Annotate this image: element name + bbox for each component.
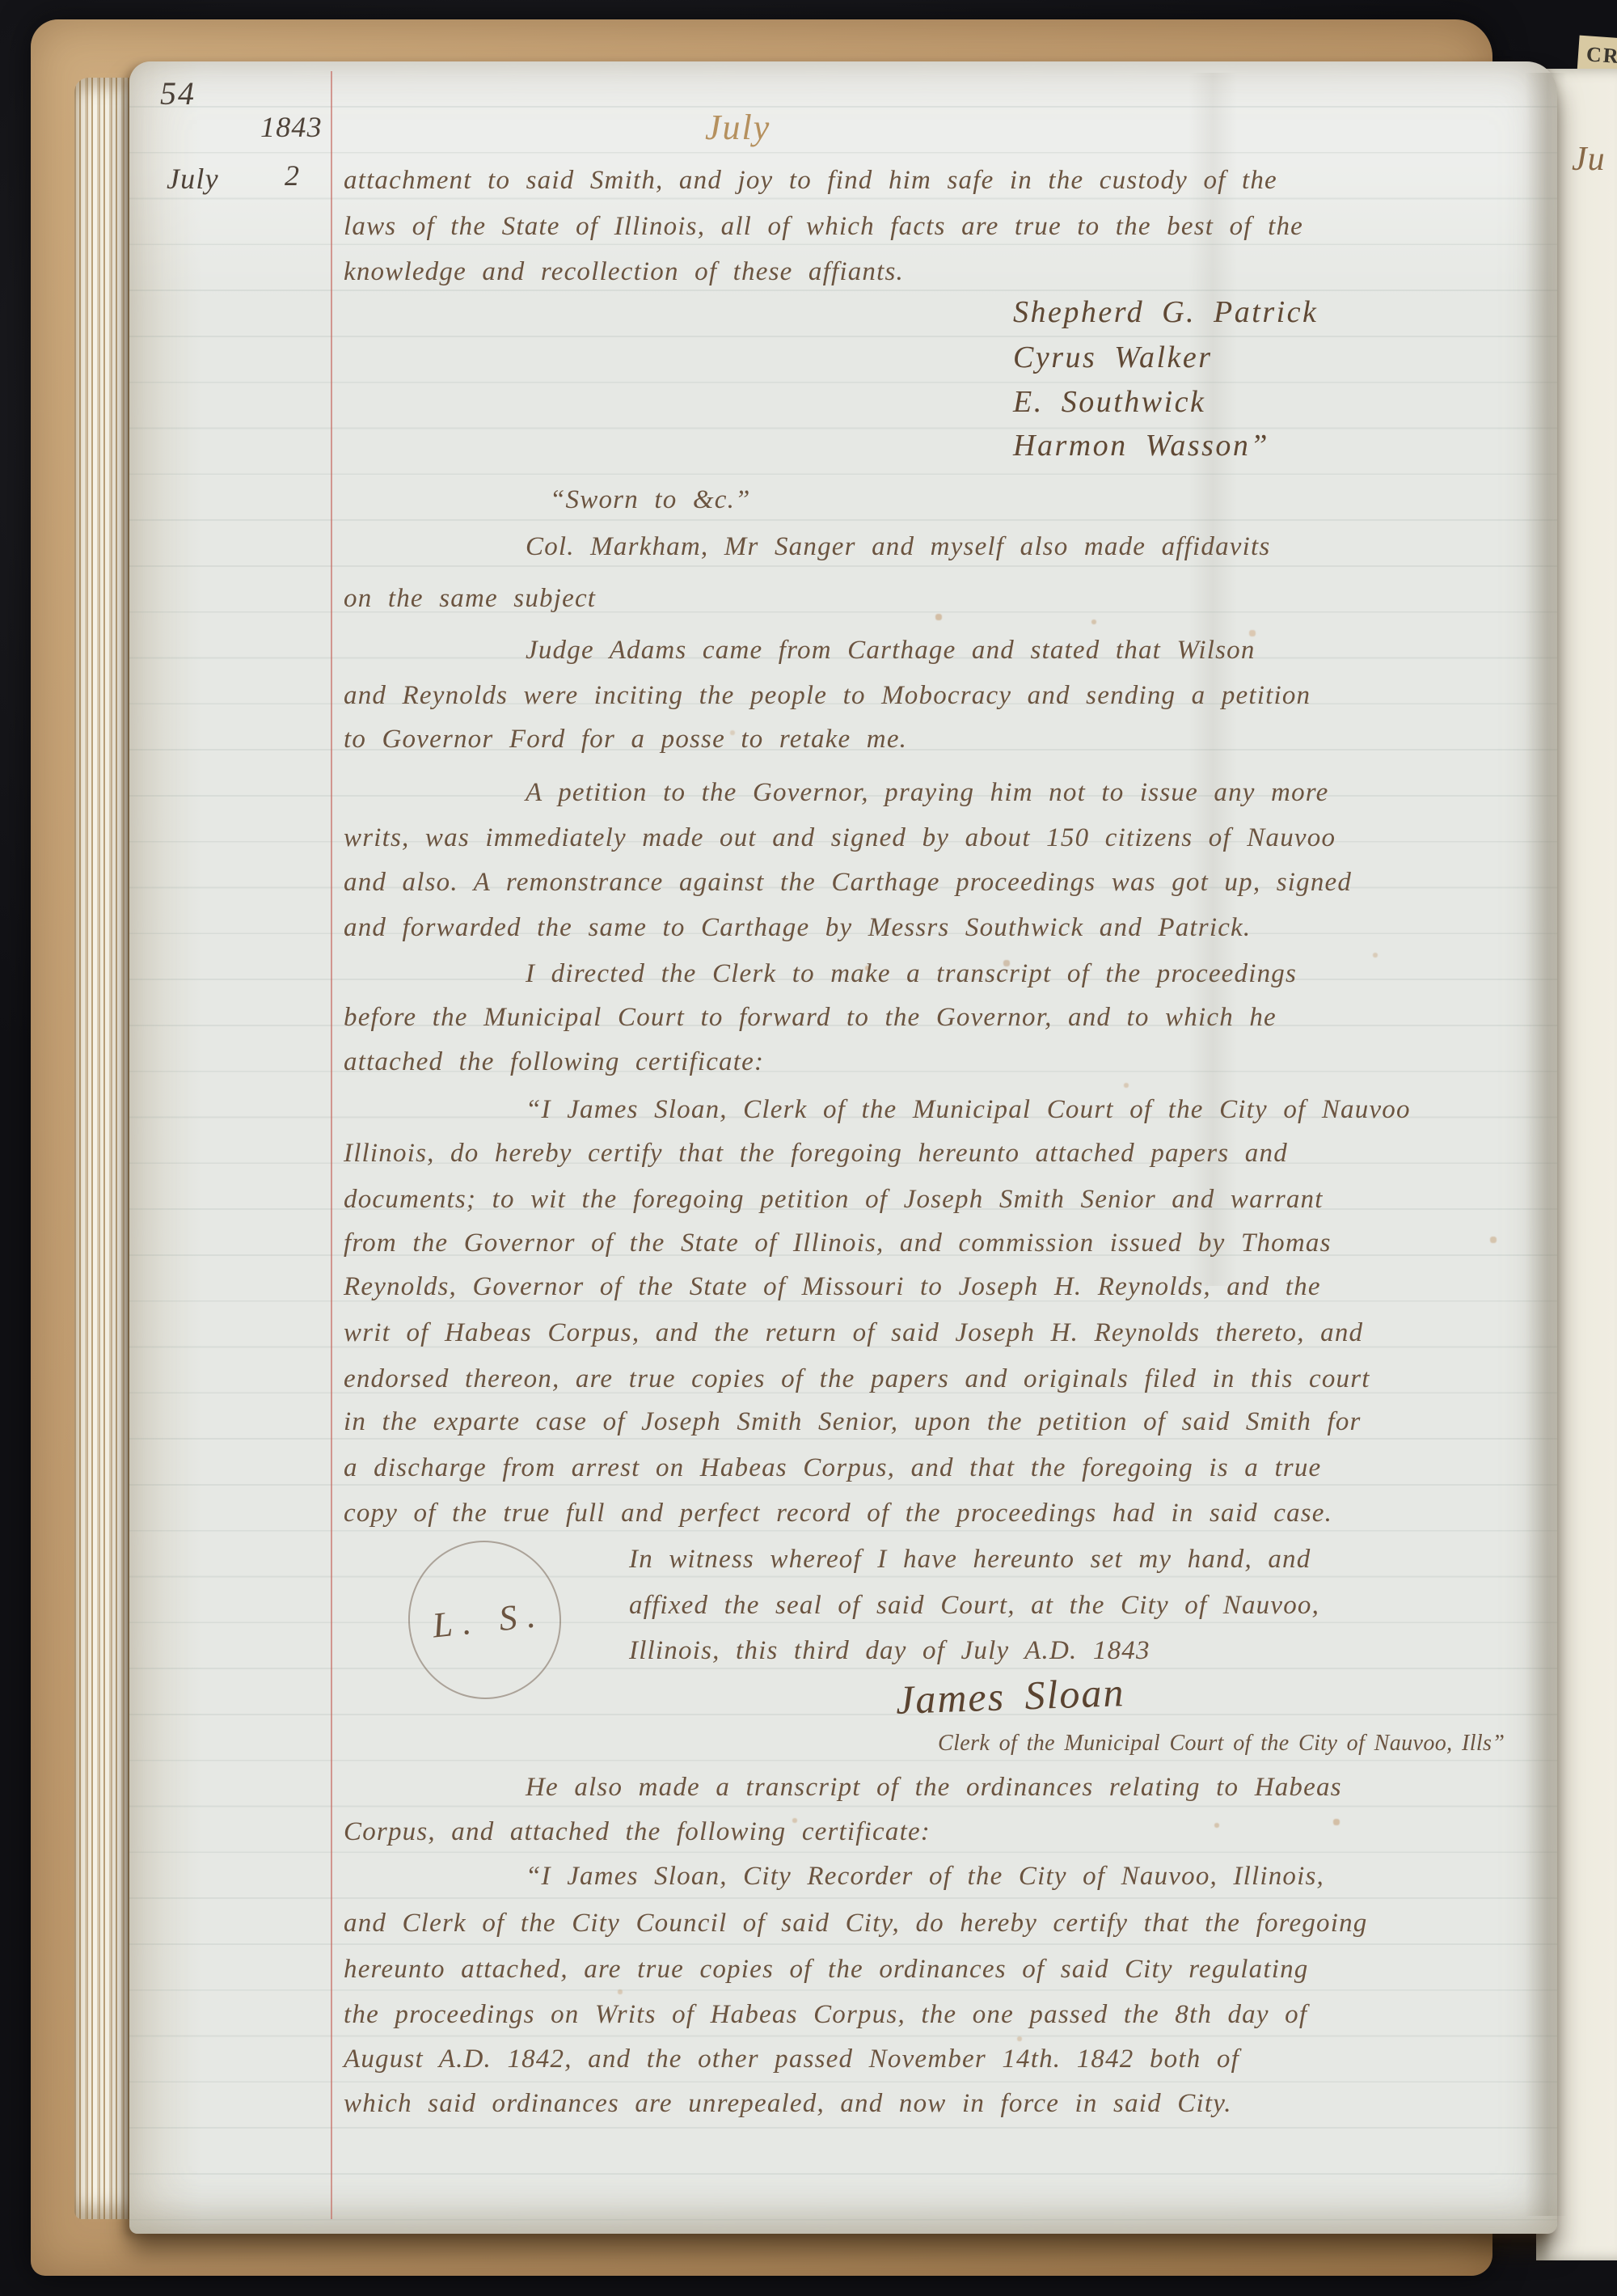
signature-line: Cyrus Walker [1013,340,1213,375]
clerk-signature: James Sloan [895,1668,1125,1723]
manuscript-line: affixed the seal of said Court, at the C… [629,1591,1319,1621]
manuscript-line: “Sworn to &c.” [550,485,751,515]
manuscript-line: to Governor Ford for a posse to retake m… [344,725,907,755]
signature-line: E. Southwick [1013,384,1205,420]
manuscript-line: and Clerk of the City Council of said Ci… [344,1909,1368,1939]
manuscript-line: hereunto attached, are true copies of th… [344,1955,1309,1985]
manuscript-line: He also made a transcript of the ordinan… [526,1773,1342,1803]
manuscript-line: Reynolds, Governor of the State of Misso… [344,1272,1321,1302]
manuscript-line: and also. A remonstrance against the Car… [344,868,1352,898]
manuscript-line: Corpus, and attached the following certi… [344,1817,931,1847]
manuscript-line: I directed the Clerk to make a transcrip… [526,959,1297,989]
manuscript-line: on the same subject [344,584,596,614]
manuscript-line: endorsed thereon, are true copies of the… [344,1364,1370,1394]
manuscript-line: Col. Markham, Mr Sanger and myself also … [526,532,1270,562]
seal-label: L. S. [422,1593,547,1647]
manuscript-line: from the Governor of the State of Illino… [344,1228,1332,1258]
month-running-head: July [705,107,771,148]
signature-line: Shepherd G. Patrick [1013,294,1318,330]
manuscript-line: copy of the true full and perfect record… [344,1499,1332,1529]
manuscript-line: attached the following certificate: [344,1047,764,1077]
manuscript-line: Illinois, do hereby certify that the for… [344,1139,1288,1169]
manuscript-line: and Reynolds were inciting the people to… [344,681,1311,711]
margin-date-day: 2 [285,159,300,192]
manuscript-line: and forwarded the same to Carthage by Me… [344,913,1251,943]
signature-line: Harmon Wasson” [1013,428,1269,463]
manuscript-line: knowledge and recollection of these affi… [344,257,904,287]
manuscript-line: laws of the State of Illinois, all of wh… [344,212,1303,242]
manuscript-line: A petition to the Governor, praying him … [526,778,1328,808]
manuscript-line: a discharge from arrest on Habeas Corpus… [344,1453,1321,1483]
manuscript-line: which said ordinances are unrepealed, an… [344,2089,1232,2119]
manuscript-line: Judge Adams came from Carthage and state… [526,636,1256,666]
manuscript-photo: { "document": { "page_number": "54", "ye… [0,0,1617,2296]
red-margin-rule [331,71,332,2219]
manuscript-line: writ of Habeas Corpus, and the return of… [344,1318,1363,1348]
manuscript-line: “I James Sloan, City Recorder of the Cit… [526,1862,1324,1892]
next-page-text-fragment: Ju [1572,140,1606,179]
manuscript-line: writs, was immediately made out and sign… [344,823,1336,853]
page-crease [1525,73,1567,2216]
page-number: 54 [160,74,196,112]
clerk-title-line: Clerk of the Municipal Court of the City… [938,1731,1505,1757]
margin-date-month: July [167,162,219,196]
manuscript-line: In witness whereof I have hereunto set m… [629,1545,1311,1575]
year-heading: 1843 [260,110,323,144]
manuscript-line: August A.D. 1842, and the other passed N… [344,2044,1239,2074]
foxing-specks [0,0,2,2]
manuscript-line: in the exparte case of Joseph Smith Seni… [344,1407,1362,1437]
manuscript-line: “I James Sloan, Clerk of the Municipal C… [526,1095,1411,1125]
manuscript-line: attachment to said Smith, and joy to fin… [344,166,1277,196]
manuscript-line: Illinois, this third day of July A.D. 18… [629,1636,1150,1666]
manuscript-line: documents; to wit the foregoing petition… [344,1185,1324,1215]
manuscript-line: before the Municipal Court to forward to… [344,1003,1277,1033]
manuscript-line: the proceedings on Writs of Habeas Corpu… [344,2000,1307,2030]
